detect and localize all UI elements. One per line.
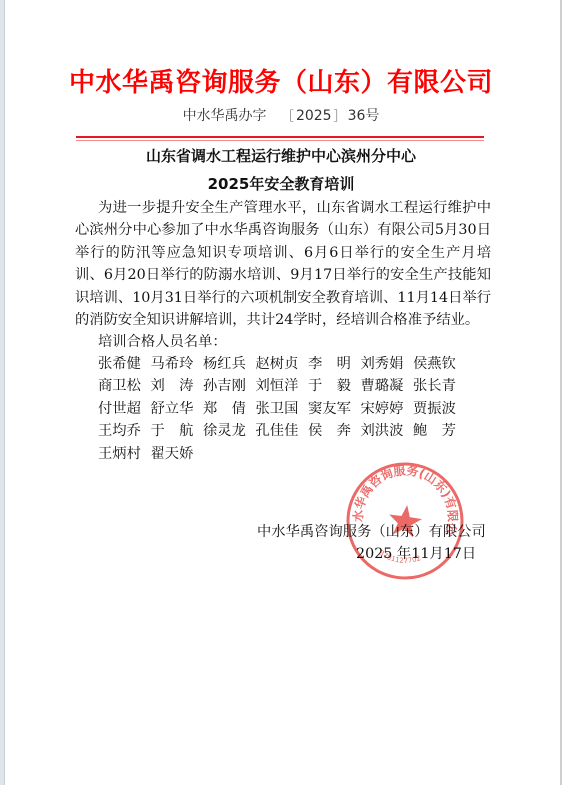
name-item: 于 毅 bbox=[308, 375, 361, 397]
name-item: 鲍 芳 bbox=[413, 420, 466, 442]
name-item: 侯 奔 bbox=[308, 420, 361, 442]
doc-number-bracket-close: ］ bbox=[334, 109, 346, 123]
name-item: 张长青 bbox=[413, 375, 466, 397]
subject-title-line-2: 2025年安全教育培训 bbox=[0, 173, 562, 194]
name-item: 刘恒洋 bbox=[256, 375, 309, 397]
name-item: 刘秀娟 bbox=[361, 353, 414, 375]
document-number: 中水华禹办字 ［2025］36号 bbox=[0, 105, 562, 125]
red-header-rule-thin bbox=[76, 140, 484, 141]
name-item: 舒立华 bbox=[151, 398, 204, 420]
name-item: 张希健 bbox=[98, 353, 151, 375]
doc-number-bracket-open: ［ bbox=[282, 109, 294, 123]
subject-title-line-1: 山东省调水工程运行维护中心滨州分中心 bbox=[0, 145, 562, 166]
name-item: 赵树贞 bbox=[256, 353, 309, 375]
organization-title: 中水华禹咨询服务（山东）有限公司 bbox=[0, 62, 562, 99]
name-item: 孙吉刚 bbox=[203, 375, 256, 397]
name-item: 王均乔 bbox=[98, 420, 151, 442]
name-item: 徐灵龙 bbox=[203, 420, 256, 442]
names-list: 张希健 马希玲 杨红兵 赵树贞 李 明 刘秀娟 侯燕钦 商卫松 刘 涛 孙吉刚 … bbox=[98, 353, 466, 465]
name-item: 曹璐凝 bbox=[361, 375, 414, 397]
name-item: 付世超 bbox=[98, 398, 151, 420]
name-item: 刘 涛 bbox=[151, 375, 204, 397]
signature-date: 2025 年11月17日 bbox=[356, 543, 476, 563]
doc-number-prefix: 中水华禹办字 bbox=[183, 108, 267, 124]
name-item: 张卫国 bbox=[256, 398, 309, 420]
name-item: 杨红兵 bbox=[203, 353, 256, 375]
name-item: 郑 倩 bbox=[203, 398, 256, 420]
name-item: 翟天娇 bbox=[151, 443, 204, 465]
name-item: 刘洪波 bbox=[361, 420, 414, 442]
names-list-label: 培训合格人员名单： bbox=[98, 331, 227, 353]
name-item: 贾振波 bbox=[413, 398, 466, 420]
signature-organization: 中水华禹咨询服务（山东）有限公司 bbox=[257, 521, 486, 541]
name-item: 侯燕钦 bbox=[413, 353, 466, 375]
doc-number-year: 2025 bbox=[296, 108, 332, 124]
name-item: 孔佳佳 bbox=[256, 420, 309, 442]
name-item: 于 航 bbox=[151, 420, 204, 442]
name-item: 窦友军 bbox=[308, 398, 361, 420]
name-item: 李 明 bbox=[308, 353, 361, 375]
body-paragraph: 为进一步提升安全生产管理水平，山东省调水工程运行维护中心滨州分中心参加了中水华禹… bbox=[75, 197, 491, 331]
name-item: 马希玲 bbox=[151, 353, 204, 375]
red-header-rule bbox=[76, 136, 484, 138]
name-item: 商卫松 bbox=[98, 375, 151, 397]
name-item: 宋婷婷 bbox=[361, 398, 414, 420]
name-item: 王炳村 bbox=[98, 443, 151, 465]
doc-number-suffix: 36号 bbox=[348, 108, 380, 124]
